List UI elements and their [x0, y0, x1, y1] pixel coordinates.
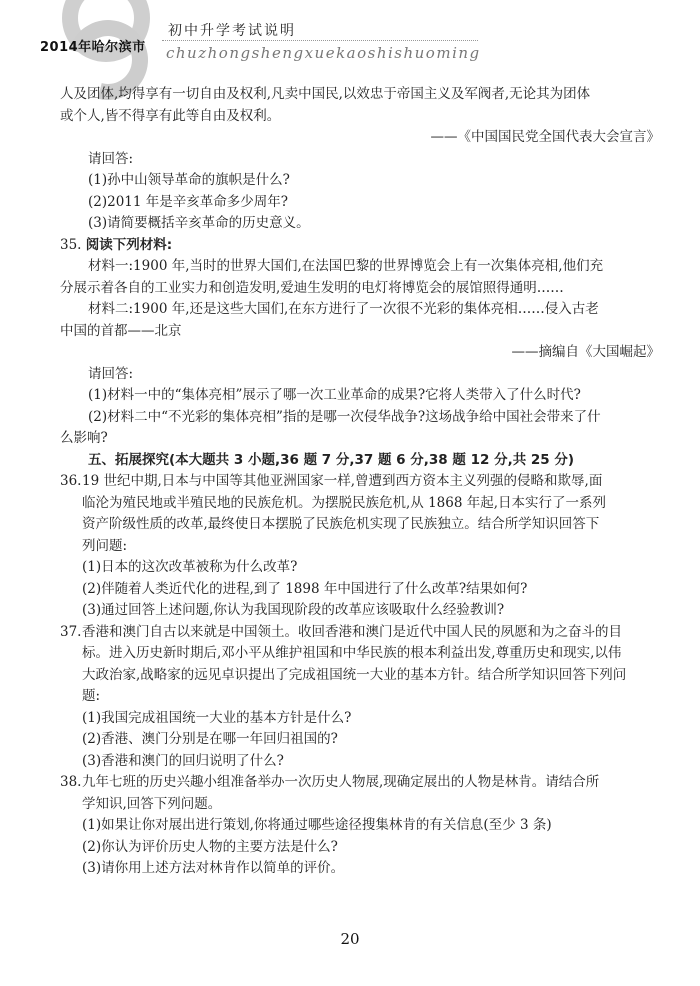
material-line: 材料一:1900 年,当时的世界大国们,在法国巴黎的世界博览会上有一次集体亮相,… [60, 256, 660, 278]
question-35-title: 35. 阅读下列材料: [60, 235, 660, 257]
paragraph-line: 列问题: [60, 536, 660, 558]
paragraph-line: 大政治家,战略家的远见卓识提出了完成祖国统一大业的基本方针。结合所学知识回答下列… [60, 665, 660, 687]
material-line: 分展示着各自的工业实力和创造发明,爱迪生发明的电灯将博览会的展馆照得通明…… [60, 278, 660, 300]
material-line: 材料二:1900 年,还是这些大国们,在东方进行了一次很不光彩的集体亮相……侵入… [60, 299, 660, 321]
sub-question: (3)香港和澳门的回归说明了什么? [60, 751, 660, 773]
paragraph-text: 19 世纪中期,日本与中国等其他亚洲国家一样,曾遭到西方资本主义列强的侵略和欺辱… [82, 473, 602, 489]
source-citation: ——《中国国民党全国代表大会宣言》 [60, 127, 660, 149]
header-pinyin: chuzhongshengxuekaoshishuoming [166, 44, 481, 62]
question-title: 阅读下列材料: [86, 237, 172, 253]
sub-question: (2)香港、澳门分别是在哪一年回归祖国的? [60, 729, 660, 751]
sub-question: (3)请你用上述方法对林肯作以简单的评价。 [60, 858, 660, 880]
question-36-line: 36.19 世纪中期,日本与中国等其他亚洲国家一样,曾遭到西方资本主义列强的侵略… [60, 471, 660, 493]
section-heading: 五、拓展探究(本大题共 3 小题,36 题 7 分,37 题 6 分,38 题 … [60, 450, 660, 472]
material-line: 中国的首都——北京 [60, 321, 660, 343]
header-divider [162, 40, 478, 41]
sub-question: (1)如果让你对展出进行策划,你将通过哪些途径搜集林肯的有关信息(至少 3 条) [60, 815, 660, 837]
page-number: 20 [0, 930, 700, 948]
paragraph-line: 学知识,回答下列问题。 [60, 794, 660, 816]
sub-question: (2)你认为评价历史人物的主要方法是什么? [60, 837, 660, 859]
paragraph-line: 临沦为殖民地或半殖民地的民族危机。为摆脱民族危机,从 1868 年起,日本实行了… [60, 493, 660, 515]
header-city: 2014年哈尔滨市 [40, 36, 146, 55]
sub-question: (1)我国完成祖国统一大业的基本方针是什么? [60, 708, 660, 730]
sub-question: (1)日本的这次改革被称为什么改革? [60, 557, 660, 579]
sub-question: (1)材料一中的“集体亮相”展示了哪一次工业革命的成果?它将人类带入了什么时代? [60, 385, 660, 407]
paragraph-line: 资产阶级性质的改革,最终使日本摆脱了民族危机实现了民族独立。结合所学知识回答下 [60, 514, 660, 536]
question-number: 37. [60, 622, 82, 644]
question-number: 38. [60, 772, 82, 794]
question-number: 36. [60, 471, 82, 493]
paragraph-line: 人及团体,均得享有一切自由及权利,凡卖中国民,以效忠于帝国主义及军阀者,无论其为… [60, 84, 660, 106]
paragraph-text: 九年七班的历史兴趣小组准备举办一次历史人物展,现确定展出的人物是林肯。请结合所 [82, 774, 599, 790]
question-37-line: 37.香港和澳门自古以来就是中国领土。收回香港和澳门是近代中国人民的夙愿和为之奋… [60, 622, 660, 644]
sub-question: (3)通过回答上述问题,你认为我国现阶段的改革应该吸取什么经验教训? [60, 600, 660, 622]
header-title: 初中升学考试说明 [168, 20, 296, 40]
paragraph-line: 题: [60, 686, 660, 708]
page-content: 人及团体,均得享有一切自由及权利,凡卖中国民,以效忠于帝国主义及军阀者,无论其为… [60, 84, 660, 880]
sub-question: (2)伴随着人类近代化的进程,到了 1898 年中国进行了什么改革?结果如何? [60, 579, 660, 601]
sub-question: (3)请简要概括辛亥革命的历史意义。 [60, 213, 660, 235]
question-number: 35. [60, 237, 81, 253]
paragraph-line: 标。进入历史新时期后,邓小平从维护祖国和中华民族的根本利益出发,尊重历史和现实,… [60, 643, 660, 665]
sub-question: (2)材料二中“不光彩的集体亮相”指的是哪一次侵华战争?这场战争给中国社会带来了… [60, 407, 660, 429]
answer-prompt: 请回答: [60, 364, 660, 386]
page-header: 2014年哈尔滨市 初中升学考试说明 chuzhongshengxuekaosh… [0, 0, 700, 80]
question-38-line: 38.九年七班的历史兴趣小组准备举办一次历史人物展,现确定展出的人物是林肯。请结… [60, 772, 660, 794]
sub-question: (2)2011 年是辛亥革命多少周年? [60, 192, 660, 214]
answer-prompt: 请回答: [60, 149, 660, 171]
paragraph-line: 或个人,皆不得享有此等自由及权利。 [60, 106, 660, 128]
sub-question: 么影响? [60, 428, 660, 450]
sub-question: (1)孙中山领导革命的旗帜是什么? [60, 170, 660, 192]
source-citation: ——摘编自《大国崛起》 [60, 342, 660, 364]
paragraph-text: 香港和澳门自古以来就是中国领土。收回香港和澳门是近代中国人民的夙愿和为之奋斗的目 [82, 624, 622, 640]
